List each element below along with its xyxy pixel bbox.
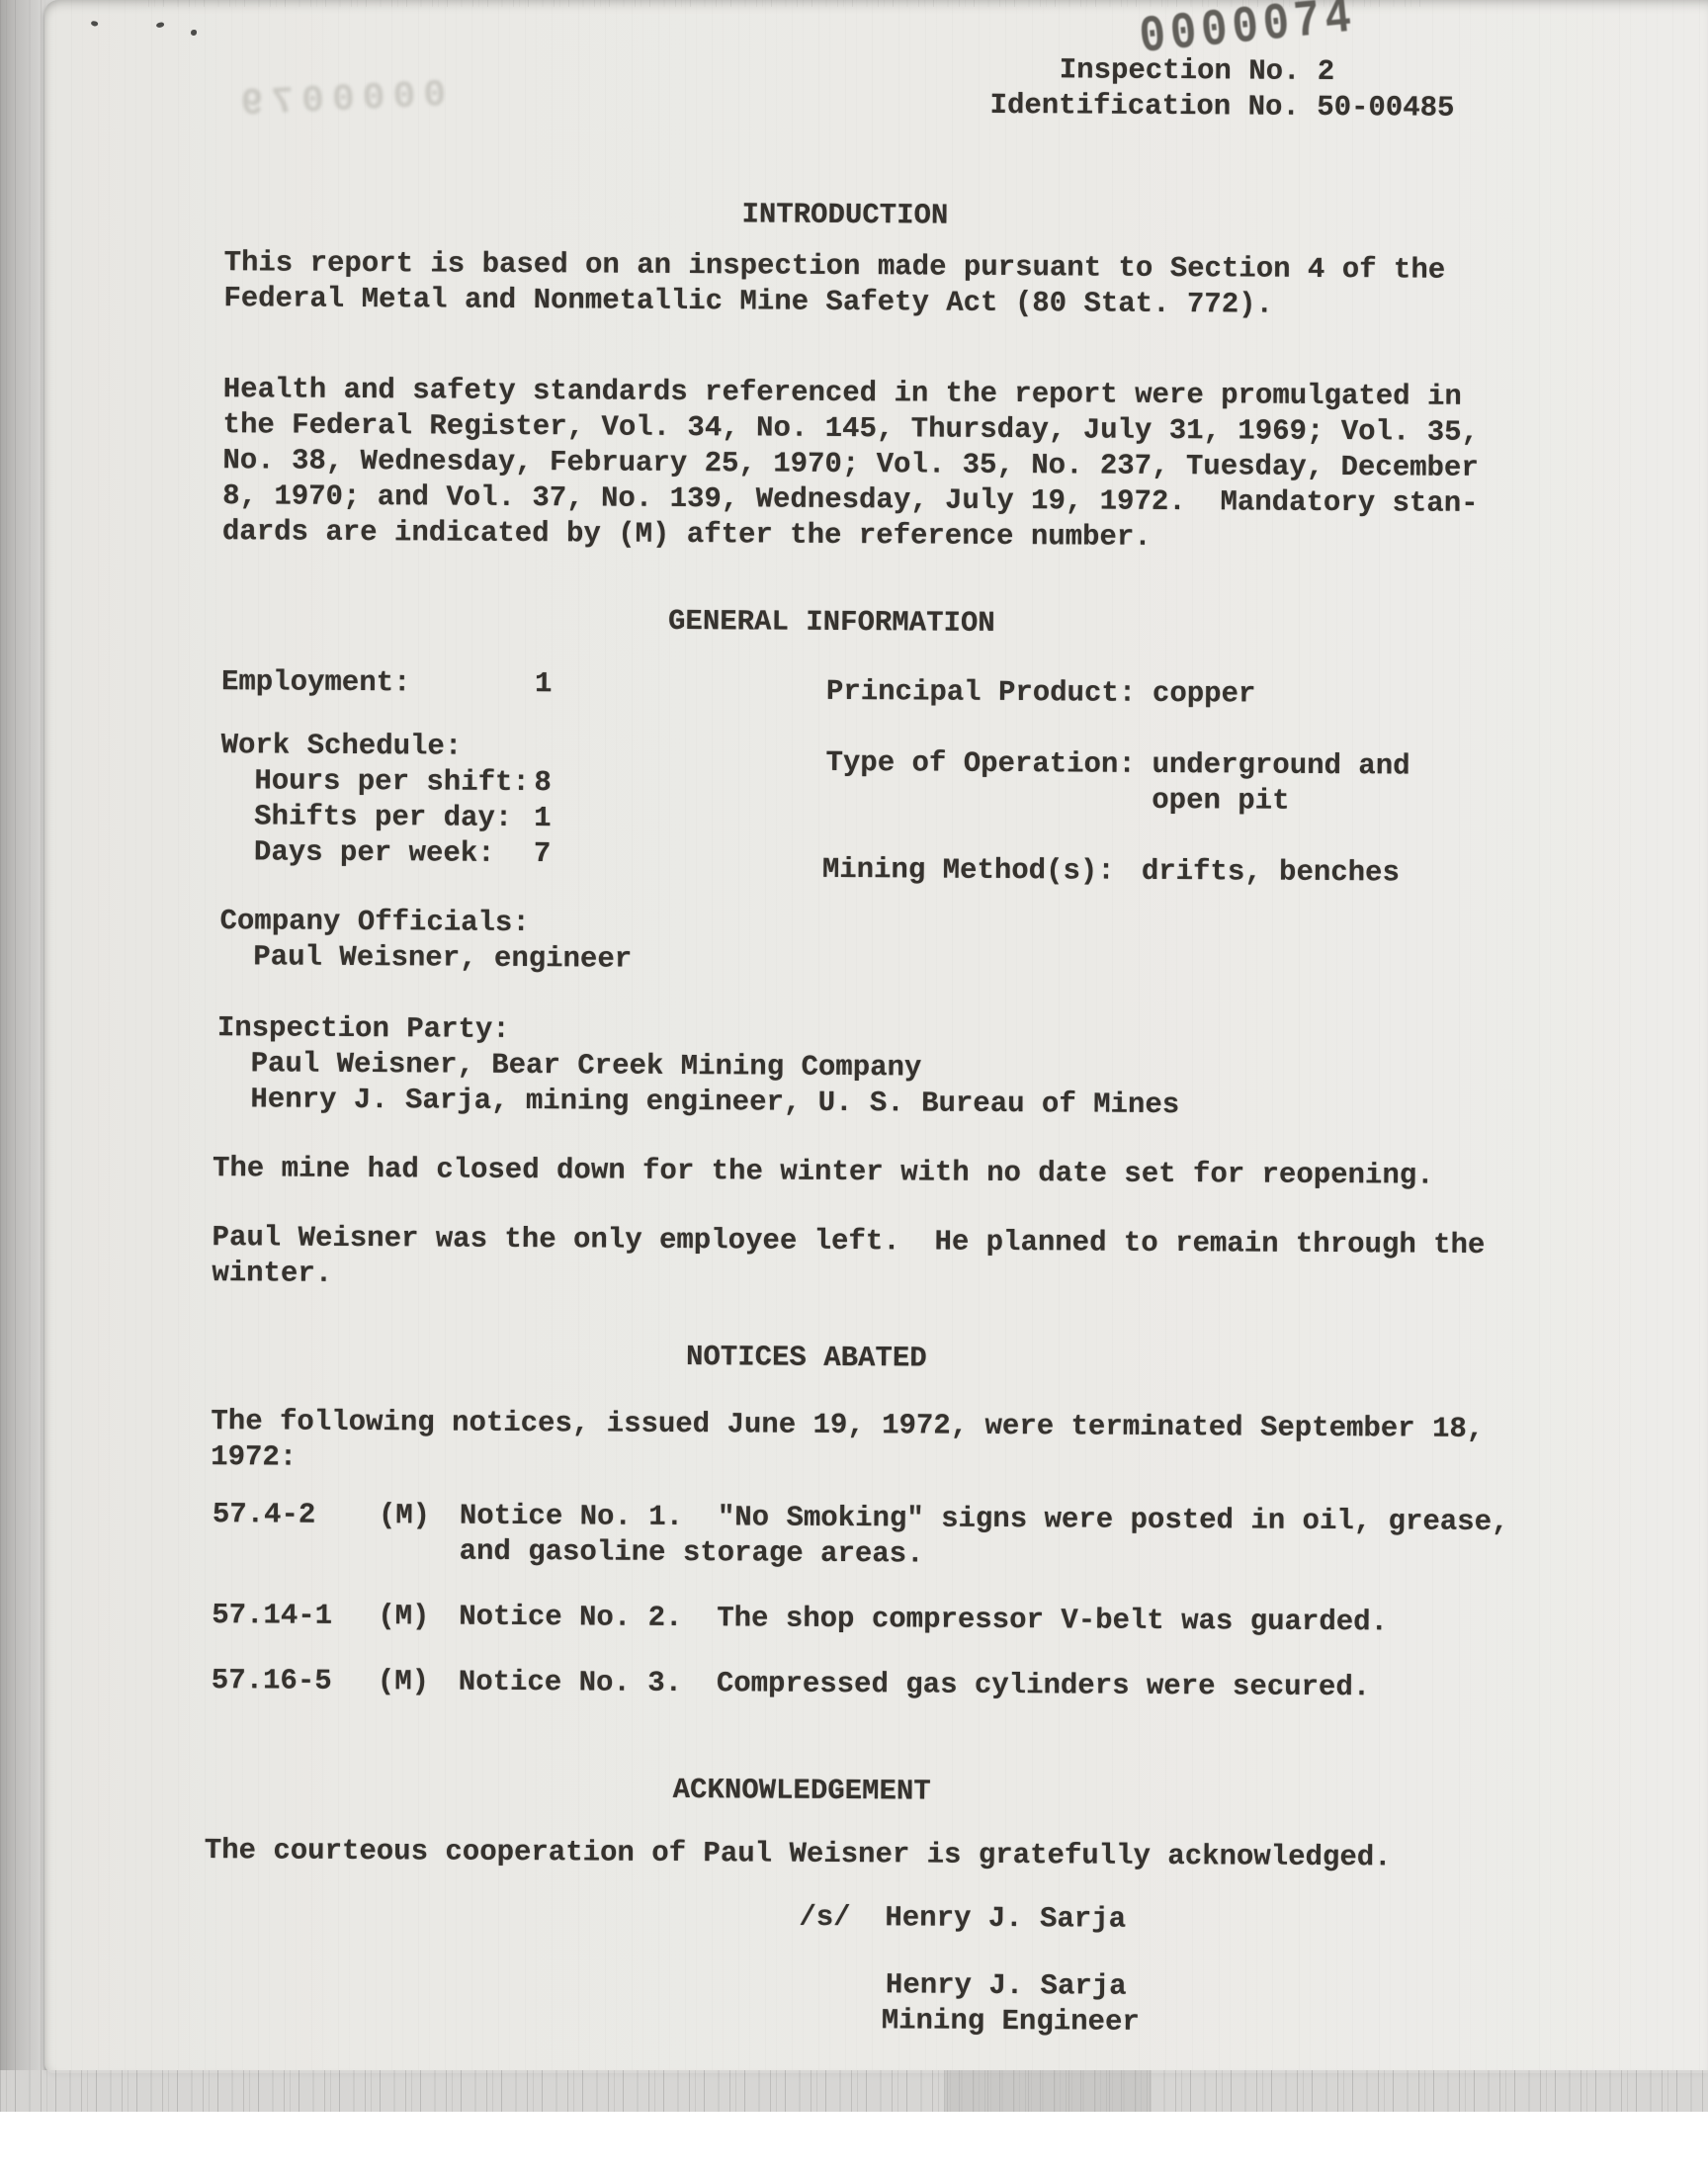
mining-methods-value: drifts, benches	[1142, 854, 1400, 892]
inspection-party-label: Inspection Party:	[217, 1010, 510, 1048]
notice-ref-number: 57.4-2	[213, 1497, 316, 1533]
notice-mandatory-mark: (M)	[378, 1599, 429, 1634]
intro-paragraph-line: Federal Metal and Nonmetallic Mine Safet…	[223, 281, 1273, 322]
ink-dot	[191, 30, 197, 36]
notice-ref-number: 57.14-1	[212, 1598, 332, 1634]
introduction-heading: INTRODUCTION	[741, 197, 948, 233]
notice-text-line: Notice No. 2. The shop compressor V-belt…	[459, 1600, 1388, 1641]
principal-product-value: copper	[1153, 676, 1256, 713]
inspection-party-member: Paul Weisner, Bear Creek Mining Company	[251, 1046, 922, 1086]
type-of-operation-value: open pit	[1152, 783, 1289, 820]
notice-text-line: and gasoline storage areas.	[460, 1534, 924, 1573]
ink-dot	[156, 22, 165, 28]
hours-per-shift-value: 8	[534, 765, 552, 801]
work-schedule-label: Work Schedule:	[221, 728, 463, 764]
company-official-name: Paul Weisner, engineer	[253, 939, 632, 977]
shifts-per-day-label: Shifts per day:	[254, 799, 512, 836]
general-information-heading: GENERAL INFORMATION	[668, 604, 995, 642]
shifts-per-day-value: 1	[534, 801, 552, 836]
typed-signature-title: Mining Engineer	[882, 2003, 1140, 2041]
notice-mandatory-mark: (M)	[379, 1498, 430, 1533]
signature-line: /s/ Henry J. Sarja	[799, 1900, 1126, 1938]
notice-ref-number: 57.16-5	[212, 1663, 332, 1699]
ink-dot	[90, 20, 98, 27]
scanned-inspection-report: { "page": { "stamp": "0000074", "bleed_s…	[0, 0, 1708, 2175]
notices-abated-heading: NOTICES ABATED	[686, 1340, 927, 1376]
acknowledgement-heading: ACKNOWLEDGEMENT	[673, 1773, 931, 1810]
typed-signature-name: Henry J. Sarja	[886, 1967, 1127, 2004]
intro-paragraph-line: dards are indicated by (M) after the ref…	[222, 514, 1152, 556]
employee-note-line: winter.	[212, 1256, 332, 1292]
notices-intro-line: 1972:	[211, 1439, 297, 1476]
principal-product-label: Principal Product:	[826, 674, 1136, 712]
company-officials-label: Company Officials:	[219, 904, 529, 941]
employment-label: Employment:	[221, 664, 411, 701]
identification-number: Identification No. 50-00485	[989, 88, 1454, 127]
notices-intro-line: The following notices, issued June 19, 1…	[211, 1404, 1484, 1447]
inspection-party-member: Henry J. Sarja, mining engineer, U. S. B…	[250, 1082, 1179, 1123]
typed-text-layer: 0000074 0000079 Inspection No. 2 Identif…	[0, 0, 1708, 2112]
notice-mandatory-mark: (M)	[378, 1664, 429, 1699]
inspection-number: Inspection No. 2	[1060, 52, 1335, 90]
type-of-operation-value: underground and	[1152, 747, 1409, 785]
days-per-week-value: 7	[534, 836, 552, 872]
mine-closure-note: The mine had closed down for the winter …	[213, 1151, 1434, 1194]
employee-note-line: Paul Weisner was the only employee left.…	[212, 1220, 1485, 1263]
notice-text-line: Notice No. 3. Compressed gas cylinders w…	[459, 1665, 1371, 1706]
mining-methods-label: Mining Method(s):	[822, 852, 1115, 890]
acknowledgement-text: The courteous cooperation of Paul Weisne…	[205, 1833, 1392, 1875]
scanner-background: 0000074 0000079 Inspection No. 2 Identif…	[0, 0, 1708, 2112]
employment-value: 1	[535, 666, 553, 702]
hours-per-shift-label: Hours per shift:	[254, 763, 530, 801]
type-of-operation-label: Type of Operation:	[825, 745, 1135, 783]
bleed-through-stamp: 0000079	[232, 73, 448, 129]
days-per-week-label: Days per week:	[254, 834, 495, 871]
